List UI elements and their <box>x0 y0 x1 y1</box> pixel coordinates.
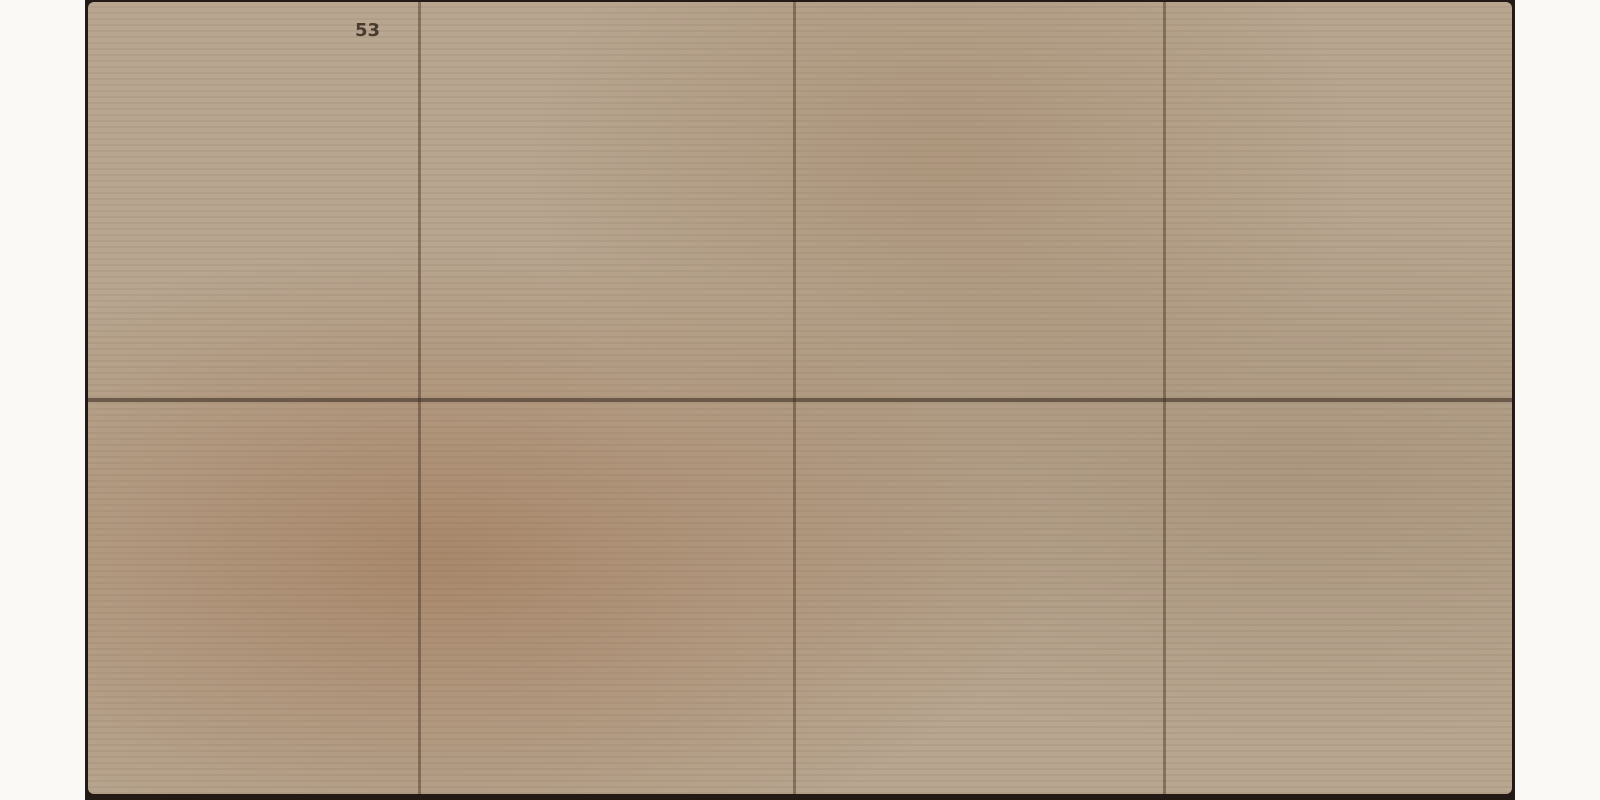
horizontal-fold <box>88 398 1512 402</box>
corner-mark: 53 <box>355 20 380 41</box>
aged-paper-note <box>88 2 1512 794</box>
